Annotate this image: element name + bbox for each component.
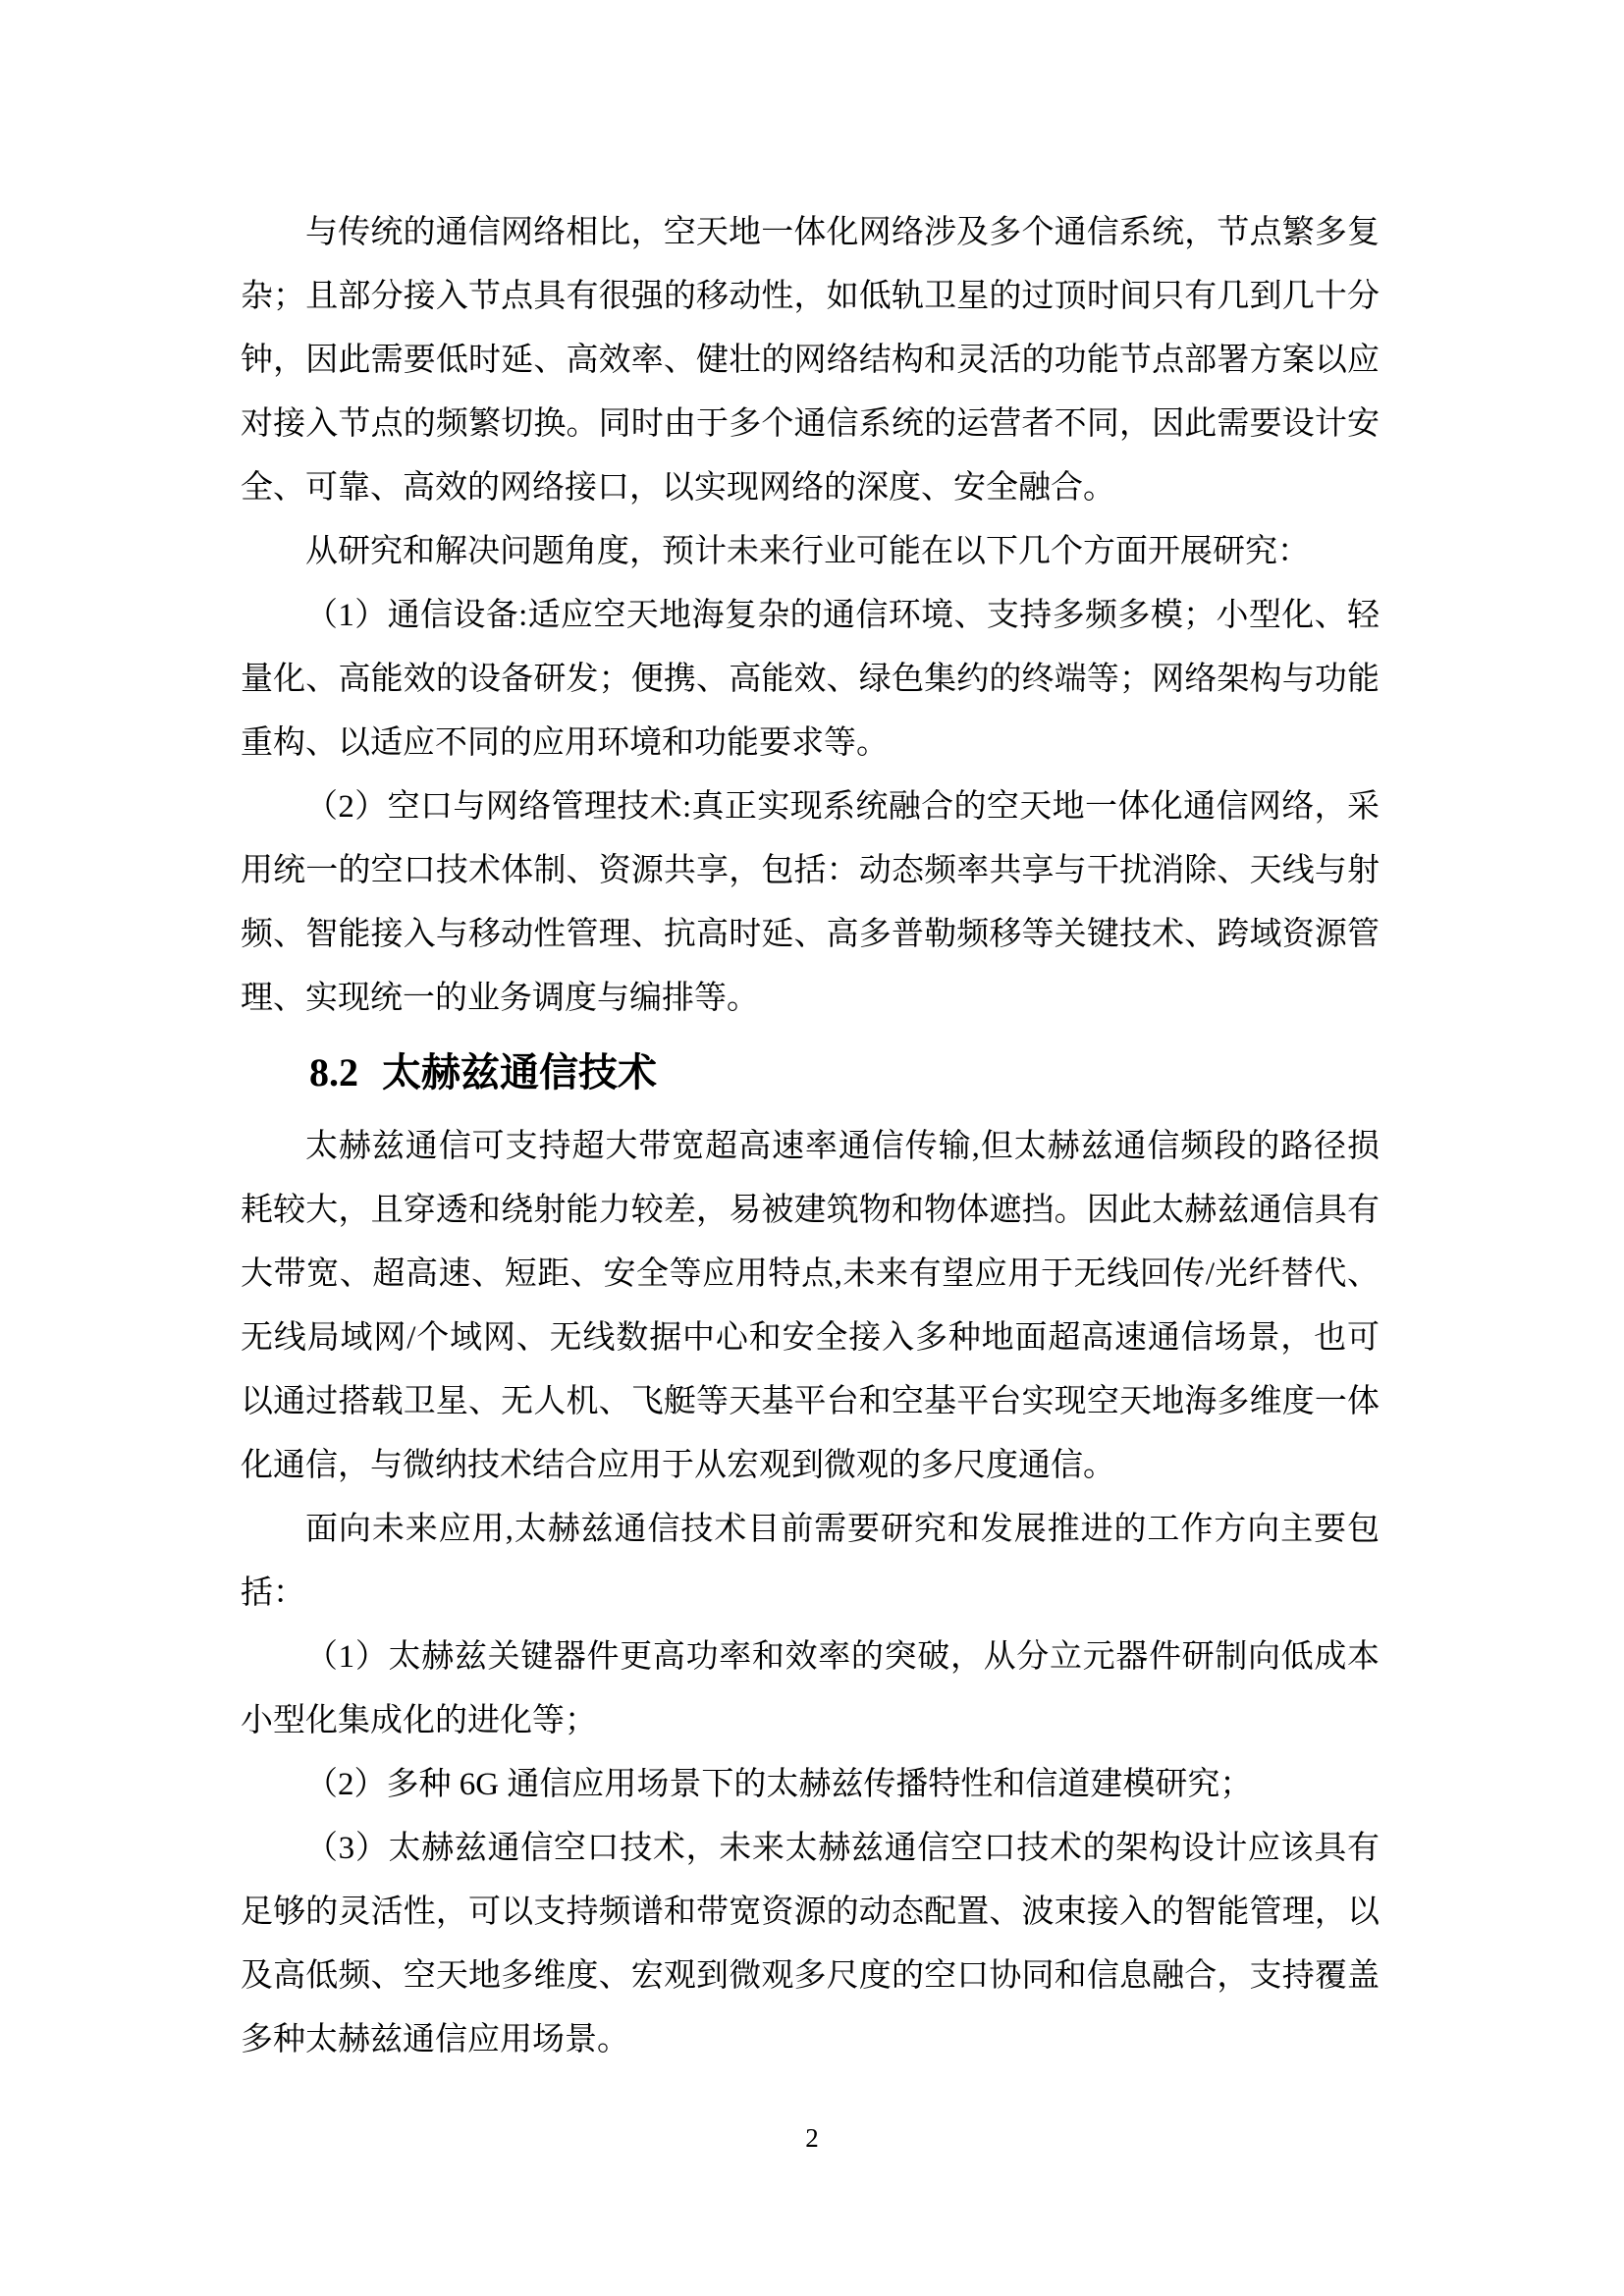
section-number: 8.2 xyxy=(309,1050,358,1095)
paragraph-terahertz-overview: 太赫兹通信可支持超大带宽超高速率通信传输,但太赫兹通信频段的路径损耗较大，且穿透… xyxy=(241,1115,1380,1498)
paragraph-research-intro: 从研究和解决问题角度，预计未来行业可能在以下几个方面开展研究： xyxy=(241,520,1380,584)
page-number: 2 xyxy=(805,2123,819,2153)
document-page: 与传统的通信网络相比，空天地一体化网络涉及多个通信系统，节点繁多复杂；且部分接入… xyxy=(0,0,1624,2296)
section-heading: 8.2 太赫兹通信技术 xyxy=(241,1031,1380,1115)
paragraph-item-2-air-interface: （2）空口与网络管理技术:真正实现系统融合的空天地一体化通信网络，采用统一的空口… xyxy=(241,775,1380,1031)
page-footer: 2 xyxy=(0,2123,1624,2154)
paragraph-network-comparison: 与传统的通信网络相比，空天地一体化网络涉及多个通信系统，节点繁多复杂；且部分接入… xyxy=(241,201,1380,520)
paragraph-item-3-air-interface-tech: （3）太赫兹通信空口技术，未来太赫兹通信空口技术的架构设计应该具有足够的灵活性，… xyxy=(241,1817,1380,2072)
section-title: 太赫兹通信技术 xyxy=(382,1050,657,1095)
paragraph-item-2-6g-scenarios: （2）多种 6G 通信应用场景下的太赫兹传播特性和信道建模研究； xyxy=(241,1753,1380,1817)
paragraph-item-1-communication-equipment: （1）通信设备:适应空天地海复杂的通信环境、支持多频多模；小型化、轻量化、高能效… xyxy=(241,584,1380,775)
paragraph-future-applications: 面向未来应用,太赫兹通信技术目前需要研究和发展推进的工作方向主要包括： xyxy=(241,1498,1380,1626)
paragraph-item-1-key-devices: （1）太赫兹关键器件更高功率和效率的突破，从分立元器件研制向低成本小型化集成化的… xyxy=(241,1626,1380,1753)
document-body: 与传统的通信网络相比，空天地一体化网络涉及多个通信系统，节点繁多复杂；且部分接入… xyxy=(241,201,1380,2072)
